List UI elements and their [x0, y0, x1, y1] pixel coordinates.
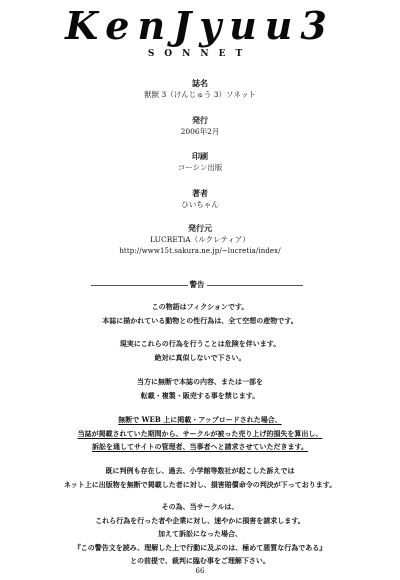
title-logo: KenJyuu3	[0, 4, 400, 48]
colophon-label: 発行元	[0, 222, 400, 234]
warning-line: 無断で WEB 上に掲載・アップロードされた場合、	[118, 415, 282, 424]
colophon-value: ひいちゃん	[0, 199, 400, 211]
warning-line: 既に判例も存在し、過去、小学館等数社が起こした訴えでは	[0, 464, 400, 478]
warning-paragraph: その為、当サークルは、 これら行為を行った者や企業に対し、速やかに損害を請求しま…	[0, 500, 400, 527]
publisher-url[interactable]: http://www15t.sakura.ne.jp/~lucretia/ind…	[0, 246, 400, 257]
colophon-label: 著者	[0, 187, 400, 199]
warning-line: 『この警告文を読み、理解した上で行動に及ぶのは、極めて悪質な行為である』	[0, 541, 400, 555]
warning-paragraph-underlined: 無断で WEB 上に掲載・アップロードされた場合、 当誌が掲載されていた期間から…	[0, 413, 400, 454]
warning-paragraph: 既に判例も存在し、過去、小学館等数社が起こした訴えでは ネット上に出版物を無断で…	[0, 464, 400, 491]
colophon-value: 獣獣 3（けんじゅう 3）ソネット	[0, 89, 400, 101]
colophon-title: 誌名 獣獣 3（けんじゅう 3）ソネット	[0, 77, 400, 101]
warning-line: 当方に無断で本誌の内容、または一部を	[0, 375, 400, 389]
warning-line: ネット上に出版物を無断で掲載した者に対し、損害賠償命令の判決が下っております。	[0, 478, 400, 492]
subtitle-logo: SONNET	[0, 49, 400, 59]
warning-line: 当誌が掲載されていた期間から、サークルが被った売り上げ的損失を算出し、	[78, 429, 323, 438]
warning-divider: 警告	[91, 281, 303, 289]
colophon-publisher: 発行元 LUCRETiA（ルクレティア） http://www15t.sakur…	[0, 222, 400, 257]
warning-line: その為、当サークルは、	[0, 500, 400, 514]
colophon-label: 誌名	[0, 77, 400, 89]
warning-line: この物語はフィクションです。	[0, 300, 400, 314]
warning-line: 加えて訴訟になった場合、	[0, 527, 400, 541]
warning-line: 転載・複製・販売する事を禁じます。	[0, 389, 400, 403]
colophon-printer: 印刷 コーシン出版	[0, 150, 400, 174]
warning-line: 絶対に真似しないで下さい。	[0, 351, 400, 365]
divider-rule-left	[91, 285, 188, 286]
warning-paragraph: 現実にこれらの行為を行うことは危険を伴います。 絶対に真似しないで下さい。	[0, 337, 400, 364]
divider-rule-right	[207, 285, 304, 286]
colophon-label: 発行	[0, 114, 400, 126]
colophon-label: 印刷	[0, 150, 400, 162]
warning-paragraph: 当方に無断で本誌の内容、または一部を 転載・複製・販売する事を禁じます。	[0, 375, 400, 402]
warning-paragraph: 加えて訴訟になった場合、 『この警告文を読み、理解した上で行動に及ぶのは、極めて…	[0, 527, 400, 568]
warning-paragraph: この物語はフィクションです。 本誌に描かれている動物との性行為は、全て空想の産物…	[0, 300, 400, 327]
warning-line: 訴訟を通してサイトの管理者、当事者へと請求させていただきます。	[92, 442, 308, 451]
warning-line: 現実にこれらの行為を行うことは危険を伴います。	[0, 337, 400, 351]
warning-heading: 警告	[188, 281, 207, 289]
warning-line: 本誌に描かれている動物との性行為は、全て空想の産物です。	[0, 314, 400, 328]
warning-line: これら行為を行った者や企業に対し、速やかに損害を請求します。	[0, 514, 400, 528]
colophon-value: LUCRETiA（ルクレティア）	[0, 234, 400, 246]
page-number: 66	[0, 567, 400, 575]
document-page: KenJyuu3 SONNET 誌名 獣獣 3（けんじゅう 3）ソネット 発行 …	[0, 0, 400, 580]
warning-line: との前提で、裁判に臨む事をご理解下さい。	[0, 554, 400, 568]
colophon-value: コーシン出版	[0, 162, 400, 174]
colophon-issue: 発行 2006年2月	[0, 114, 400, 138]
colophon-value: 2006年2月	[0, 126, 400, 138]
colophon-author: 著者 ひいちゃん	[0, 187, 400, 211]
